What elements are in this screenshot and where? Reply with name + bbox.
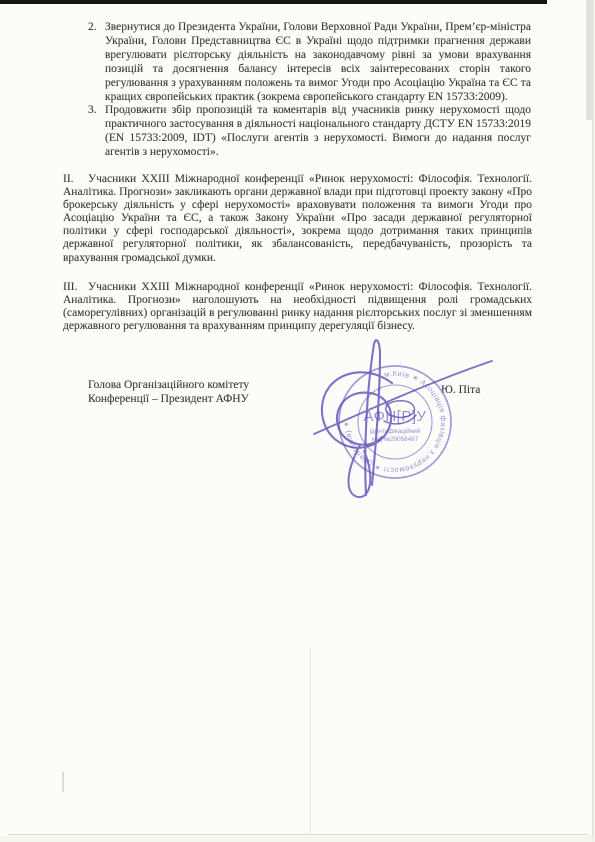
scan-edge-artifact-right-line	[592, 0, 594, 842]
list-item-2: 2. Звернутися до Президента України, Гол…	[88, 21, 531, 104]
paragraph-numeral: ІІІ.	[63, 281, 88, 294]
list-item-text: Продовжити збір пропозицій та коментарів…	[105, 104, 531, 160]
signatory-block: Голова Організаційного комітету Конферен…	[88, 378, 249, 406]
scan-edge-artifact-bottom-line	[8, 834, 588, 835]
scan-edge-artifact-top	[0, 0, 547, 4]
paragraph-text: Учасники ХХІІІ Міжнародної конференції «…	[63, 281, 532, 332]
scan-speck	[62, 772, 64, 792]
signature-tall-loop	[365, 340, 380, 495]
handwritten-signature	[298, 333, 508, 508]
paragraph-numeral: ІІ.	[63, 173, 88, 186]
list-item-number: 3.	[88, 104, 105, 160]
scanned-document-page: 2. Звернутися до Президента України, Гол…	[0, 0, 595, 842]
signature-flourish-loops	[322, 372, 392, 447]
paragraph-III: ІІІ.Учасники ХХІІІ Міжнародної конференц…	[63, 281, 532, 333]
scan-crease-vertical	[310, 648, 311, 835]
scan-edge-artifact-bottom-strip	[0, 836, 595, 842]
list-item-text: Звернутися до Президента України, Голови…	[105, 21, 531, 104]
signature-tail-loop	[349, 445, 371, 497]
list-item-number: 2.	[88, 21, 105, 104]
signatory-role-line2: Конференції – Президент АФНУ	[88, 392, 249, 406]
resolution-numbered-list: 2. Звернутися до Президента України, Гол…	[88, 21, 531, 160]
signatory-role-line1: Голова Організаційного комітету	[88, 378, 249, 392]
paragraph-II: ІІ.Учасники ХХІІІ Міжнародної конференці…	[63, 173, 532, 265]
paragraph-text: Учасники ХХІІІ Міжнародної конференції «…	[63, 173, 532, 264]
signature-scribble	[384, 401, 416, 424]
list-item-3: 3. Продовжити збір пропозицій та комента…	[88, 104, 531, 160]
